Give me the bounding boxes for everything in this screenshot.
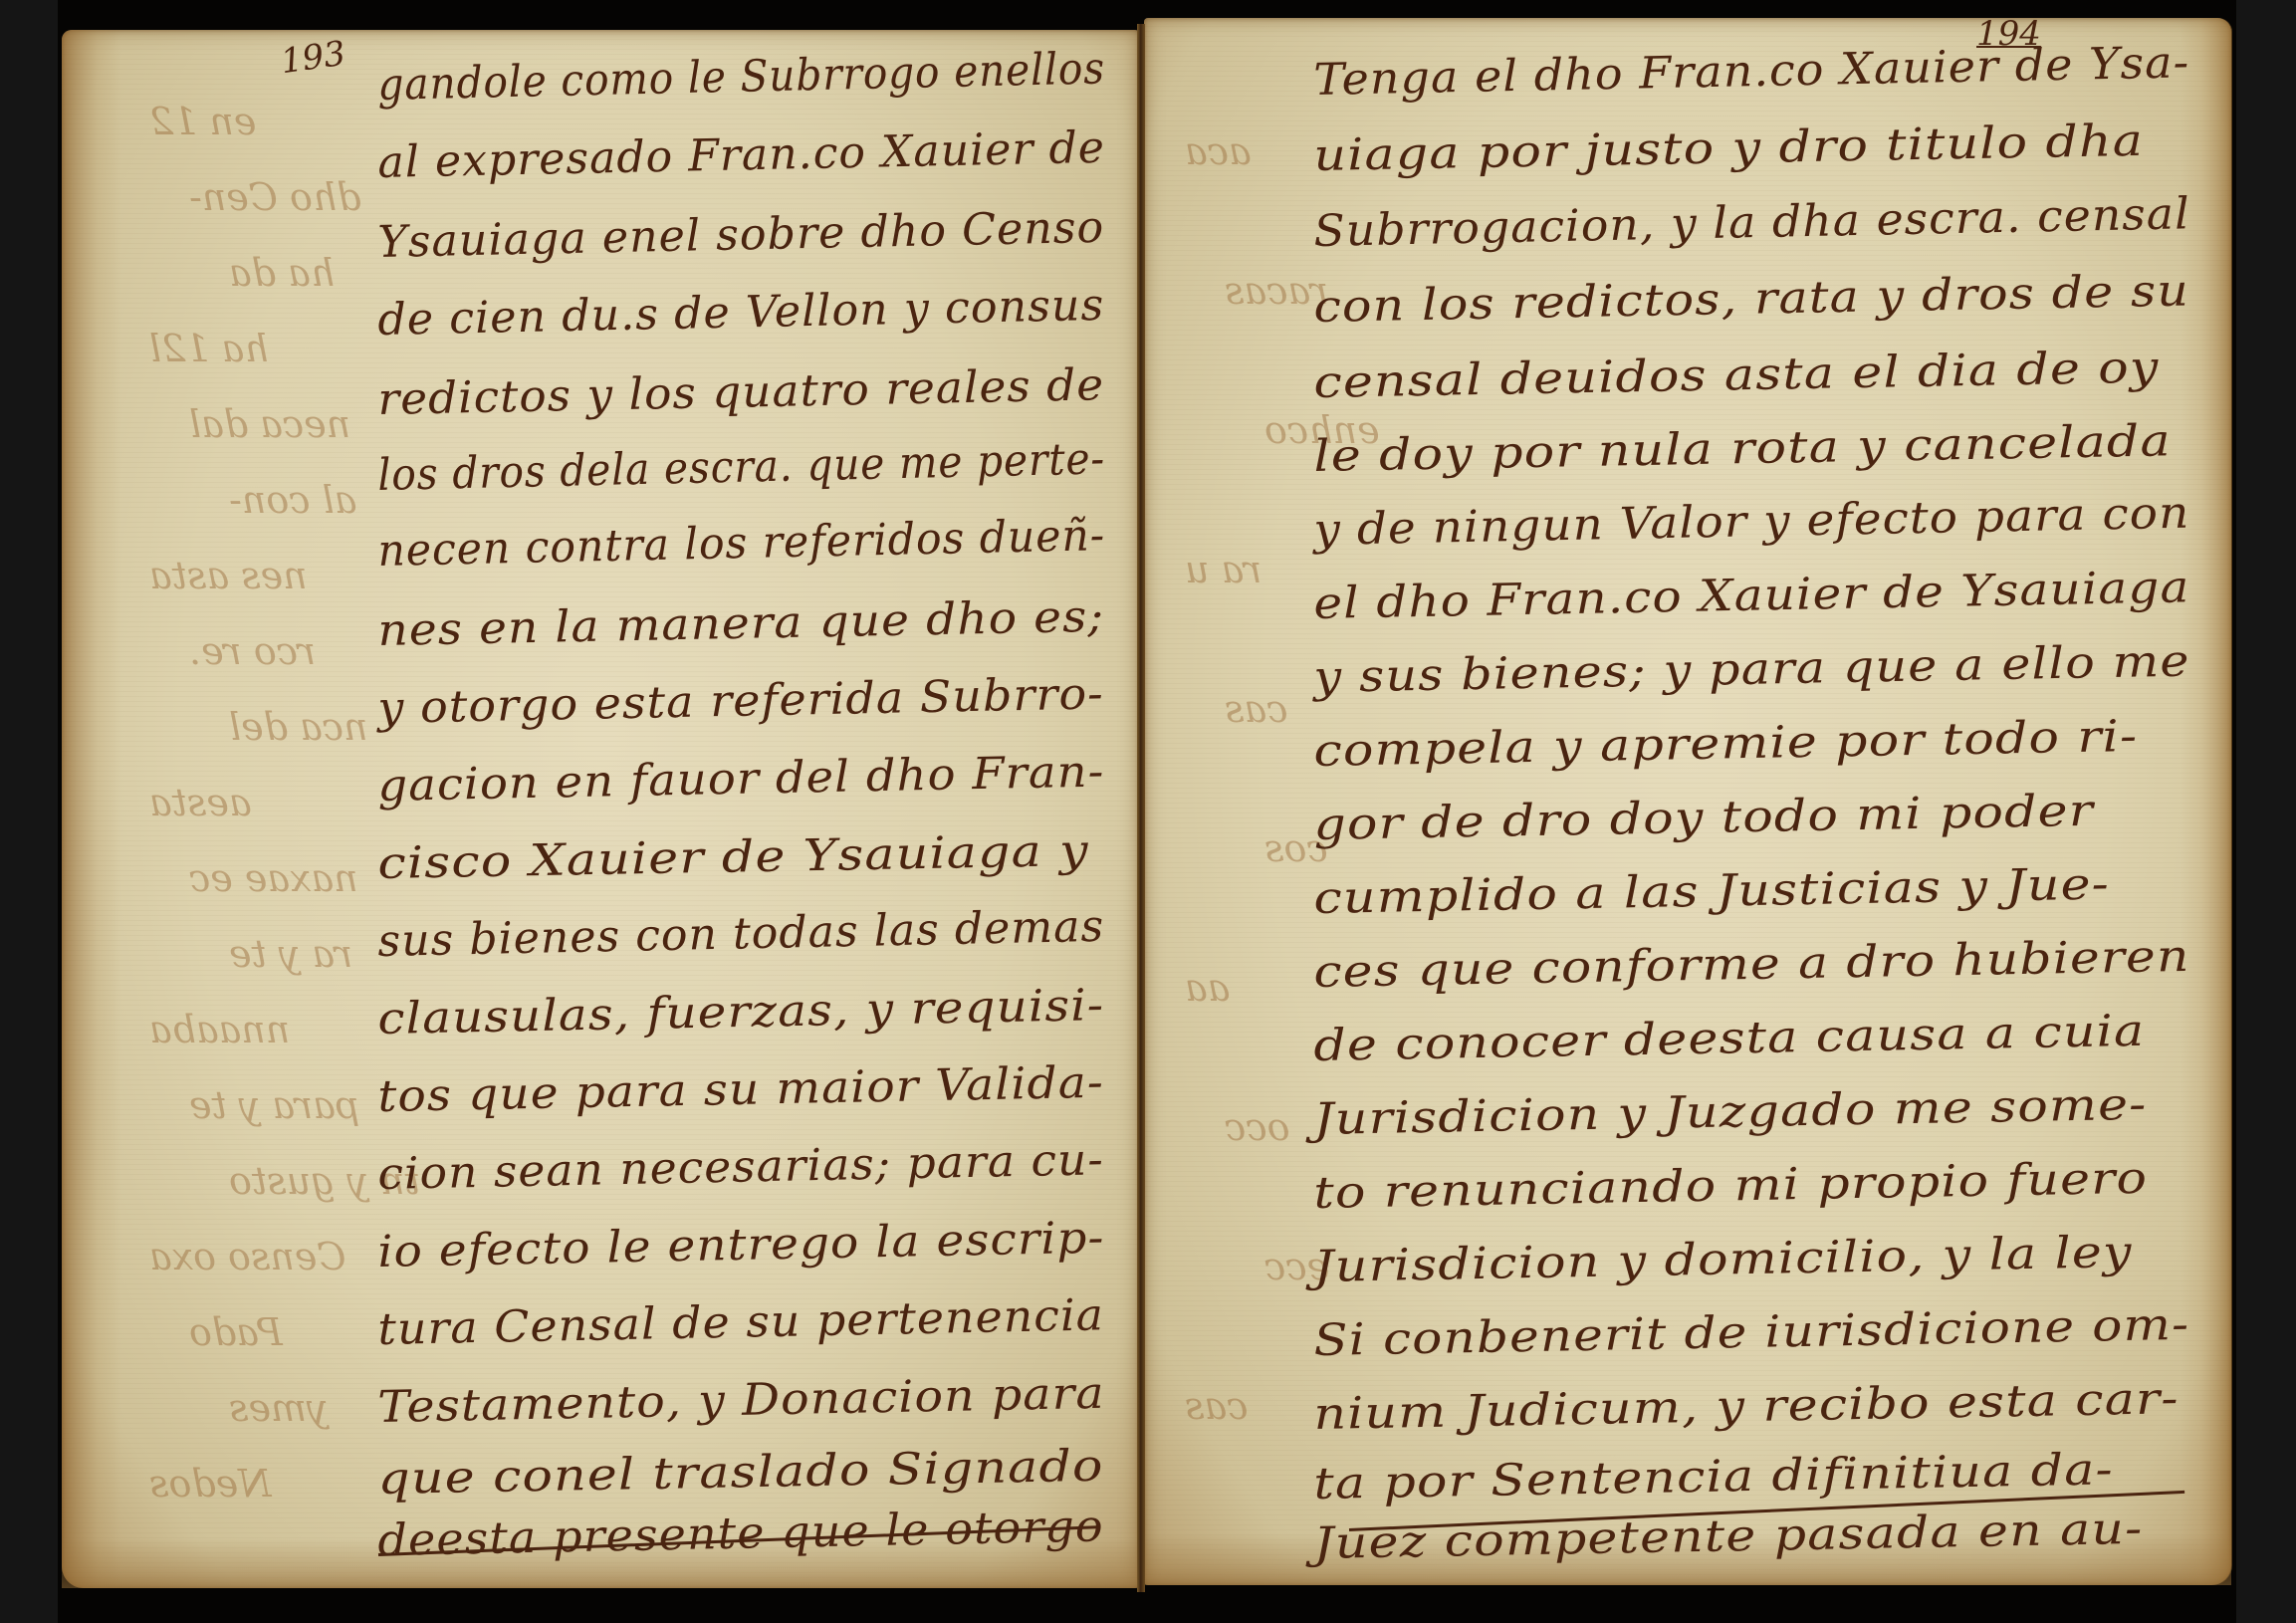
bleed-through-text: ymes (229, 1386, 329, 1430)
bleed-through-text: Censo oxa (149, 1235, 345, 1278)
bleed-through-text: ra u (1185, 548, 1262, 591)
bleed-through-text: aa (1185, 966, 1230, 1010)
bleed-through-text: nnaaba (149, 1008, 290, 1051)
book-gutter (1137, 24, 1145, 1592)
bleed-through-text: nca del (229, 705, 367, 749)
bleed-through-text: neca dal (189, 402, 350, 446)
bleed-through-text: Nedos (149, 1462, 271, 1506)
bleed-through-text: nes asta (149, 554, 308, 597)
left-frame-band (0, 0, 58, 1623)
bleed-through-text: dho Cen- (189, 175, 361, 219)
bleed-through-text: ha da (229, 251, 335, 295)
bleed-through-text: occ (1225, 1105, 1289, 1149)
bleed-through-text: aca (1185, 129, 1252, 173)
bleed-through-text: ra y te (229, 932, 352, 976)
bleed-through-text: al con- (229, 478, 356, 522)
bleed-through-text: rco re. (189, 629, 316, 673)
bleed-through-text: en 12 (149, 100, 256, 143)
bleed-through-text: cas (1225, 687, 1287, 731)
bleed-through-text: ha 12l (149, 327, 269, 370)
bleed-through-text: aesta (149, 781, 252, 824)
right-frame-band (2236, 0, 2296, 1623)
bleed-through-text: cas (1185, 1384, 1248, 1428)
bleed-through-text: Pado (189, 1310, 283, 1354)
bleed-through-text: para y te (189, 1083, 359, 1127)
bleed-through-text: naxae ec (189, 856, 358, 900)
